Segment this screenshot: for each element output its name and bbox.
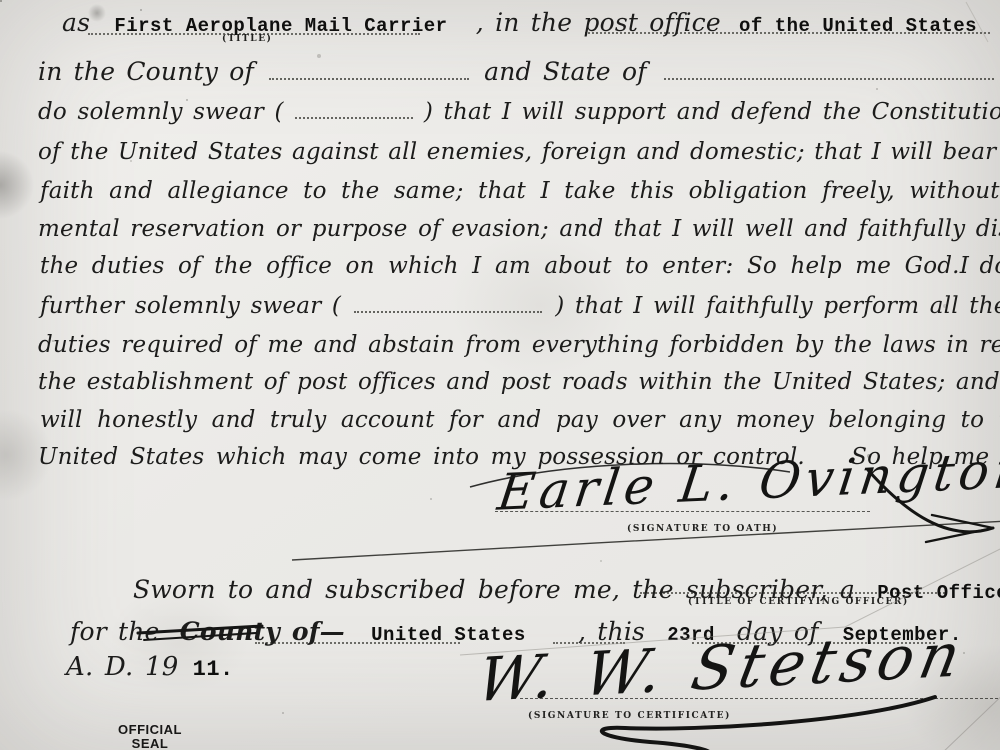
- script-state-of: and State of: [484, 57, 647, 86]
- oath-l6: mental reservation or purpose of evasion…: [38, 216, 1000, 242]
- oath-l8a: further solemnly swear (: [40, 293, 341, 319]
- oath-line-11: will honestly and truly account for and …: [40, 407, 1000, 433]
- oath-line-5: faith and allegiance to the same; that I…: [40, 178, 1000, 204]
- oath-line-6: mental reservation or purpose of evasion…: [38, 216, 1000, 242]
- signature-arrow-upper: [932, 515, 993, 528]
- official-seal-line2: SEAL: [110, 737, 190, 750]
- oath-l3b: ) that I will support and defend the Con…: [424, 99, 1000, 125]
- typed-title-insert: First Aeroplane Mail Carrier: [114, 15, 447, 37]
- typed-place-name: United States: [371, 624, 526, 646]
- form-line-2: in the County of and State of: [38, 57, 994, 86]
- oath-line-4: of the United States against all enemies…: [38, 139, 1000, 165]
- blank-state: [664, 66, 994, 80]
- script-county-of: in the County of: [38, 57, 254, 86]
- oath-line-9: duties required of me and abstain from e…: [38, 332, 1000, 358]
- official-seal-line1: OFFICIAL: [110, 723, 190, 737]
- oath-line-8: further solemnly swear ( ) that I will f…: [40, 293, 1000, 319]
- struck-county-of: County of—: [180, 617, 345, 646]
- oath-line-7: the duties of the office on which I am a…: [40, 253, 990, 279]
- oath-l11: will honestly and truly account for and …: [40, 407, 1000, 433]
- signature-arrow-lower: [926, 528, 993, 542]
- oath-l4: of the United States against all enemies…: [38, 139, 1000, 165]
- certificate-signature-line: [520, 698, 998, 699]
- oath-line-3: do solemnly swear ( ) that I will suppor…: [38, 99, 1000, 125]
- oath-l3a: do solemnly swear (: [38, 99, 284, 125]
- oath-l9: duties required of me and abstain from e…: [38, 332, 1000, 358]
- ad-year-line: A. D. 19 11.: [66, 652, 234, 682]
- script-ad-19: A. D. 19: [66, 652, 178, 682]
- typed-year: 11.: [193, 657, 234, 682]
- title-caption: (TITLE): [222, 34, 273, 44]
- blank-swear-1: [295, 105, 413, 119]
- oath-l10: the establishment of post offices and po…: [38, 369, 1000, 395]
- officer-title-caption: (TITLE OF CERTIFYING OFFICER): [688, 597, 909, 607]
- oath-l5: faith and allegiance to the same; that I…: [40, 178, 1000, 204]
- blank-swear-2: [354, 299, 542, 313]
- oath-l7a: the duties of the office on which I am a…: [40, 253, 960, 279]
- oath-l7b: I do: [960, 253, 1000, 279]
- script-post-office: , in the post office: [476, 8, 721, 37]
- document-photo: as First Aeroplane Mail Carrier , in the…: [0, 0, 1000, 750]
- oath-line-10: the establishment of post offices and po…: [38, 369, 1000, 395]
- blank-county: [269, 66, 469, 80]
- typed-place-insert: of the United States: [739, 15, 977, 37]
- form-line-1: as First Aeroplane Mail Carrier , in the…: [62, 8, 977, 37]
- script-as: as: [62, 8, 90, 37]
- oath-signature-line: [495, 511, 870, 512]
- oath-l8b: ) that I will faithfully perform all the: [555, 293, 1000, 319]
- script-for-the: for the: [70, 617, 160, 646]
- certificate-signature-caption: (SIGNATURE TO CERTIFICATE): [528, 711, 731, 721]
- oath-signature-caption: (SIGNATURE TO OATH): [627, 524, 778, 534]
- official-seal-label: OFFICIAL SEAL: [110, 723, 190, 750]
